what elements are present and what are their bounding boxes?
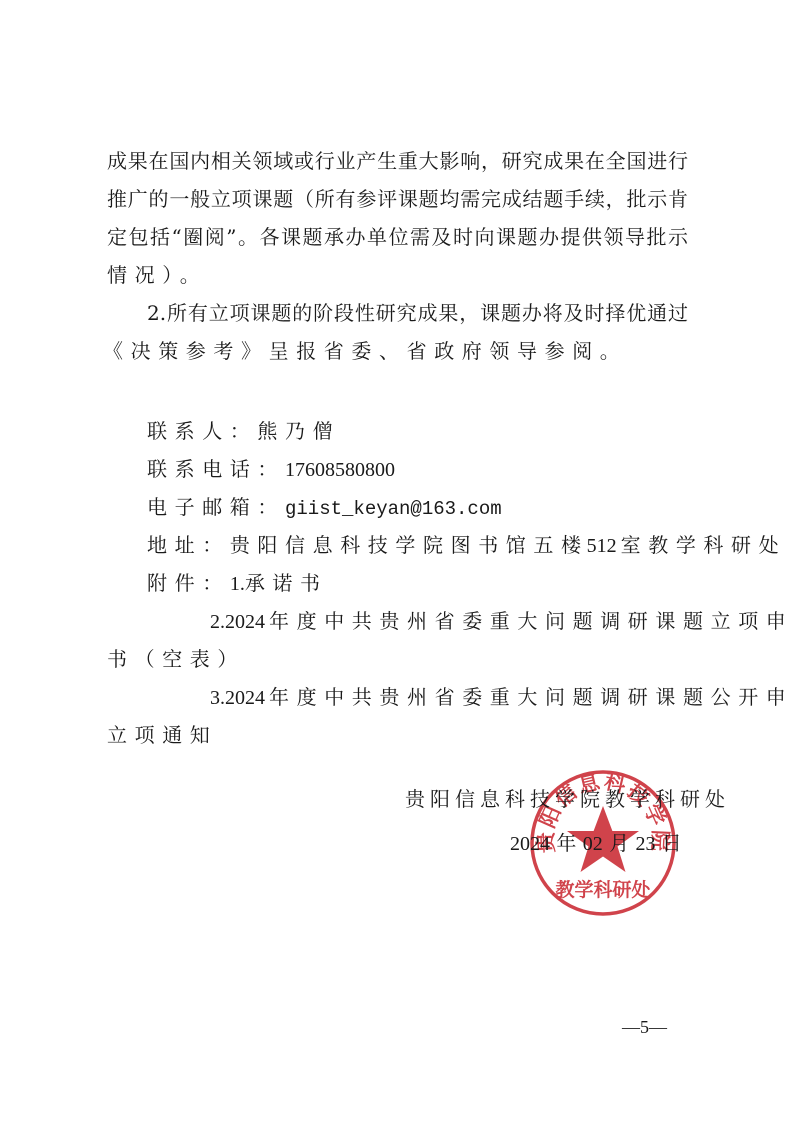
date-day-unit: 日 xyxy=(662,831,682,855)
attachment-item-1: 附件：1.承诺书 xyxy=(147,570,697,597)
contact-person: 联系人：熊乃僧 xyxy=(147,418,697,444)
date-year: 2024 xyxy=(510,833,550,855)
contact-address: 地址：贵阳信息科技学院图书馆五楼512室教学科研处 xyxy=(147,532,697,559)
attachment-item-3: 3.2024年度中共贵州省委重大问题调研课题公开申报 xyxy=(210,684,697,711)
date-month: 02 xyxy=(583,833,603,855)
paragraph-line: 情况）。 xyxy=(107,262,697,288)
signature-date: 2024 年 02 月 23 日 xyxy=(510,830,682,857)
attachment-number: 1. xyxy=(230,573,245,595)
date-year-unit: 年 xyxy=(556,831,576,855)
contact-phone: 联系电话：17608580800 xyxy=(147,456,697,483)
paragraph-line: 成果在国内相关领域或行业产生重大影响，研究成果在全国进行 xyxy=(107,148,688,174)
attachments-label: 附件： xyxy=(147,571,230,595)
contact-address-room: 512 xyxy=(587,535,617,557)
contact-phone-label: 联系电话： xyxy=(147,457,285,481)
attachment-text: 承诺书 xyxy=(245,571,328,595)
attachment-item-2-continued: 书（空表） xyxy=(107,646,697,672)
paragraph-line: 推广的一般立项课题（所有参评课题均需完成结题手续，批示肯 xyxy=(107,186,688,212)
contact-email: 电子邮箱：giist_keyan@163.com xyxy=(147,494,697,522)
paragraph-line: 2.所有立项课题的阶段性研究成果，课题办将及时择优通过 xyxy=(147,300,688,326)
attachment-item-2: 2.2024年度中共贵州省委重大问题调研课题立项申请 xyxy=(210,608,697,635)
contact-person-value: 熊乃僧 xyxy=(257,419,340,443)
contact-address-prefix: 贵阳信息科技学院图书馆五楼 xyxy=(230,533,589,557)
attachment-text: 年度中共贵州省委重大问题调研课题立项申请 xyxy=(269,609,793,633)
contact-phone-value: 17608580800 xyxy=(285,459,395,481)
contact-email-value[interactable]: giist_keyan@163.com xyxy=(285,498,502,520)
contact-email-label: 电子邮箱： xyxy=(147,495,285,519)
paragraph-line: 《决策参考》呈报省委、省政府领导参阅。 xyxy=(103,338,693,364)
date-day: 23 xyxy=(635,833,655,855)
date-month-unit: 月 xyxy=(609,831,629,855)
attachment-number: 3.2024 xyxy=(210,687,265,709)
contact-person-label: 联系人： xyxy=(147,419,257,443)
attachment-text: 年度中共贵州省委重大问题调研课题公开申报 xyxy=(269,685,793,709)
svg-text:教学科研处: 教学科研处 xyxy=(555,878,650,901)
attachment-item-3-continued: 立项通知 xyxy=(107,722,697,748)
page-number: —5— xyxy=(622,1016,667,1038)
attachment-number: 2.2024 xyxy=(210,611,265,633)
contact-address-suffix: 室教学科研处 xyxy=(621,533,787,557)
signature-organization: 贵阳信息科技学院教学科研处 xyxy=(405,786,730,812)
paragraph-line: 定包括“圈阅”。各课题承办单位需及时向课题办提供领导批示 xyxy=(107,224,688,250)
contact-address-label: 地址： xyxy=(147,533,230,557)
